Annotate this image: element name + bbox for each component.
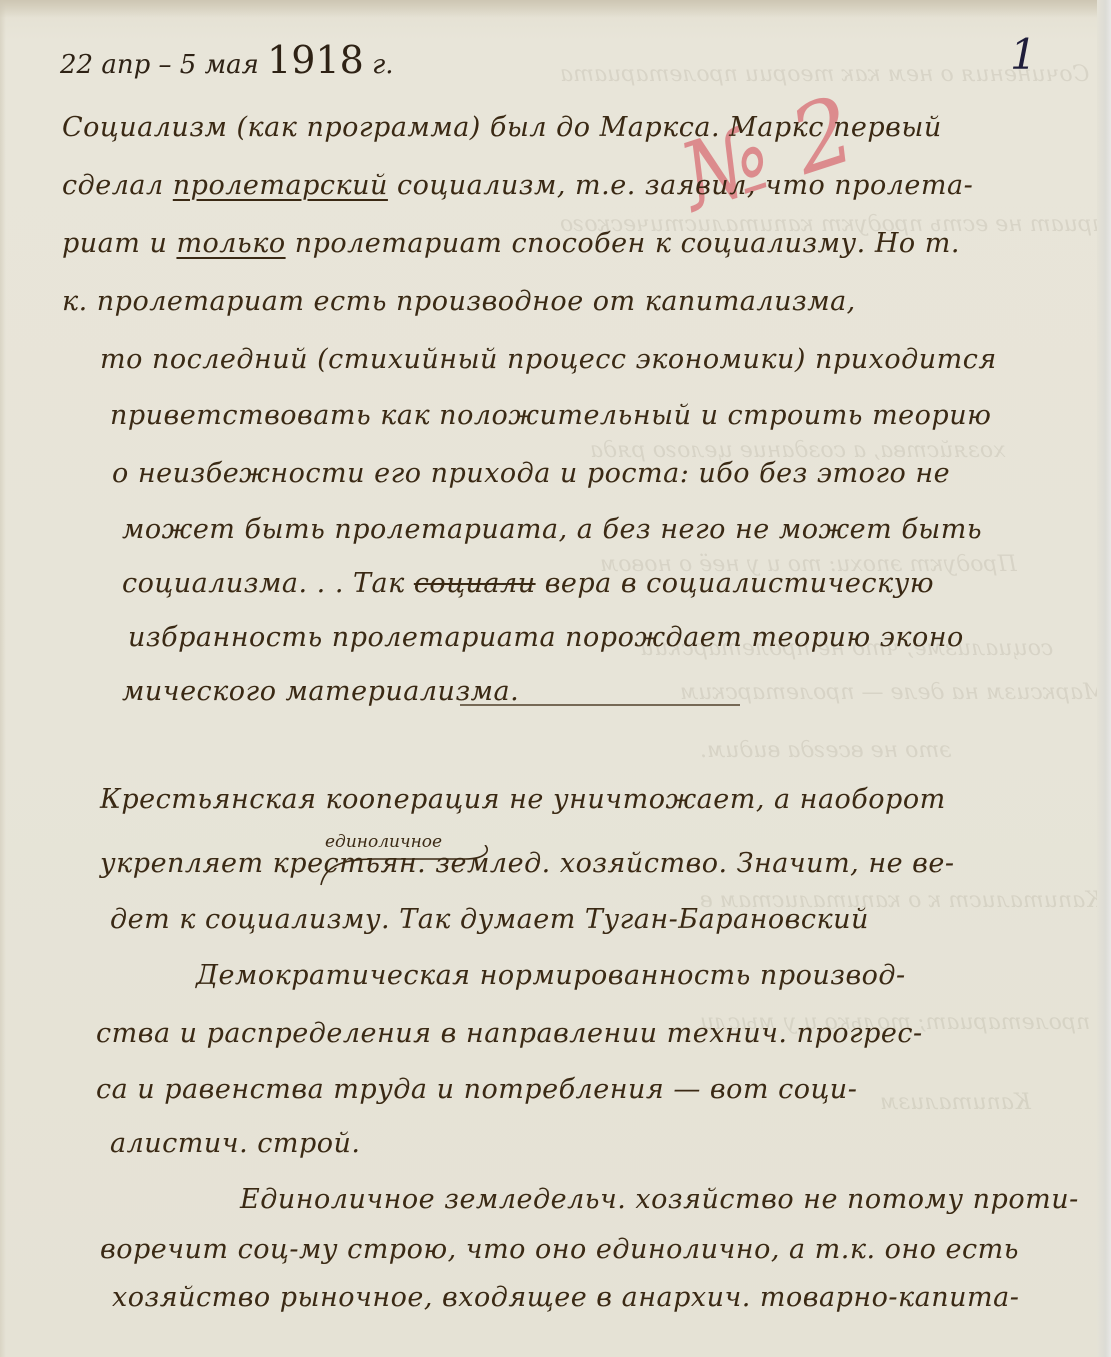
text-line: укрепляет крестьян. землед. хозяйство. З… (100, 848, 955, 879)
manuscript-date: 22 апр – 5 мая 1918 г. (60, 38, 394, 82)
text-line: социализма. . . Так социали вера в социа… (122, 568, 934, 599)
text-fragment: сделал (62, 170, 164, 201)
page-number: 1 (1010, 30, 1037, 79)
text-fragment: социализм, т.е. заявил, что пролета- (397, 170, 973, 201)
date-range: 22 апр – 5 мая (60, 50, 259, 80)
text-fragment: социализма. . . Так (122, 568, 405, 599)
bleed-through-text: Марксизм на деле — пролетарским (680, 680, 1106, 705)
text-line: приветствовать как положительный и строи… (110, 400, 991, 431)
manuscript-page: Социализм, Сочинения о нем как теории пр… (0, 0, 1111, 1357)
text-fragment: пролетариат способен к социализму. Но т. (295, 228, 960, 259)
text-line: Крестьянская кооперация не уничтожает, а… (100, 784, 946, 815)
text-fragment: риат и (62, 228, 167, 259)
text-line: риат и только пролетариат способен к соц… (62, 228, 960, 259)
paper-top-edge (0, 0, 1111, 18)
text-line: алистич. строй. (110, 1128, 361, 1159)
underlined-word: только (176, 228, 285, 259)
text-line: то последний (стихийный процесс экономик… (100, 344, 997, 375)
text-line: хозяйство рыночное, входящее в анархич. … (112, 1282, 1019, 1313)
text-line: мического материализма. (122, 676, 519, 707)
text-line: к. пролетариат есть производное от капит… (62, 286, 856, 317)
text-line: Единоличное земледельч. хозяйство не пот… (240, 1184, 1079, 1215)
text-line: избранность пролетариата порождает теори… (128, 622, 964, 653)
text-line: сделал пролетарский социализм, т.е. заяв… (62, 170, 973, 201)
date-suffix: г. (372, 50, 393, 80)
text-line: может быть пролетариата, а без него не м… (122, 514, 982, 545)
text-line: о неизбежности его прихода и роста: ибо … (112, 458, 950, 489)
text-line: Социализм (как программа) был до Маркса.… (62, 112, 942, 143)
bleed-through-text: Капитализм (880, 1090, 1031, 1115)
red-pencil-number-mark: № 2 (668, 76, 867, 232)
date-year: 1918 (267, 38, 364, 82)
text-line: воречит соц-му строю, что оно единолично… (100, 1234, 1019, 1265)
text-line: Демократическая нормированность производ… (196, 960, 906, 991)
text-line: са и равенства труда и потребления — вот… (96, 1074, 857, 1105)
text-fragment: вера в социалистическую (545, 568, 934, 599)
underlined-word: пролетарский (173, 170, 388, 201)
bleed-through-text: это не всегда видим. (700, 738, 952, 763)
text-line: ства и распределения в направлении техни… (96, 1018, 923, 1049)
text-line: дет к социализму. Так думает Туган-Баран… (110, 904, 869, 935)
struck-out-word: социали (414, 568, 536, 599)
section-divider-rule (460, 704, 740, 706)
